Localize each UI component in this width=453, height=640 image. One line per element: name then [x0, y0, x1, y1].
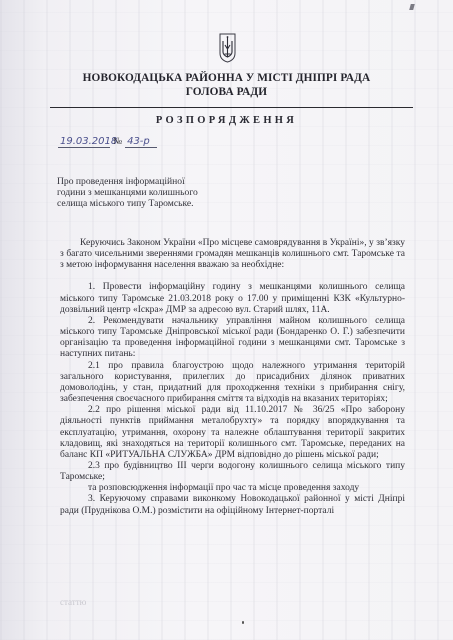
subject-line: години з мешканцями колишнього [57, 187, 217, 198]
item-2-2-paragraph: 2.2 про рішення міської ради від 11.10.2… [60, 405, 405, 461]
document-body: Керуючись Законом України «Про місцеве с… [60, 238, 405, 517]
item-2-tail-paragraph: та розповсюдження інформації про час та … [60, 483, 405, 494]
item-2-3-paragraph: 2.3 про будівництво ІІІ черги водогону к… [60, 461, 405, 483]
scanned-document-page: НОВОКОДАЦЬКА РАЙОННА У МІСТІ ДНІПРІ РАДА… [0, 0, 453, 640]
item-1-paragraph: 1. Провести інформаційну годину з мешкан… [60, 282, 405, 315]
handwritten-date: 19.03.2018 [58, 136, 110, 148]
header-divider [50, 107, 413, 108]
item-2-paragraph: 2. Рекомендувати начальнику управління м… [60, 316, 405, 361]
number-label: № [113, 137, 122, 147]
organization-name: НОВОКОДАЦЬКА РАЙОННА У МІСТІ ДНІПРІ РАДА [0, 72, 453, 84]
organization-subtitle: ГОЛОВА РАДИ [0, 86, 453, 98]
coat-of-arms-icon [219, 33, 236, 63]
item-3-paragraph: 3. Керуючому справами виконкому Новокода… [60, 494, 405, 516]
item-2-1-paragraph: 2.1 про правила благоустрою щодо належно… [60, 361, 405, 406]
registration-line: 19.03.2018№43-р [58, 136, 157, 148]
cut-off-continuation-text: статтю [60, 597, 390, 608]
subject-line: Про проведення інформаційної [57, 176, 217, 187]
document-type-title: РОЗПОРЯДЖЕННЯ [0, 115, 453, 126]
scan-artifact [409, 4, 415, 10]
scan-artifact [242, 621, 244, 624]
preamble-paragraph: Керуючись Законом України «Про місцеве с… [60, 238, 405, 271]
document-subject: Про проведення інформаційної години з ме… [57, 176, 217, 210]
handwritten-number: 43-р [125, 136, 157, 148]
subject-line: селища міського типу Таромське. [57, 198, 217, 209]
